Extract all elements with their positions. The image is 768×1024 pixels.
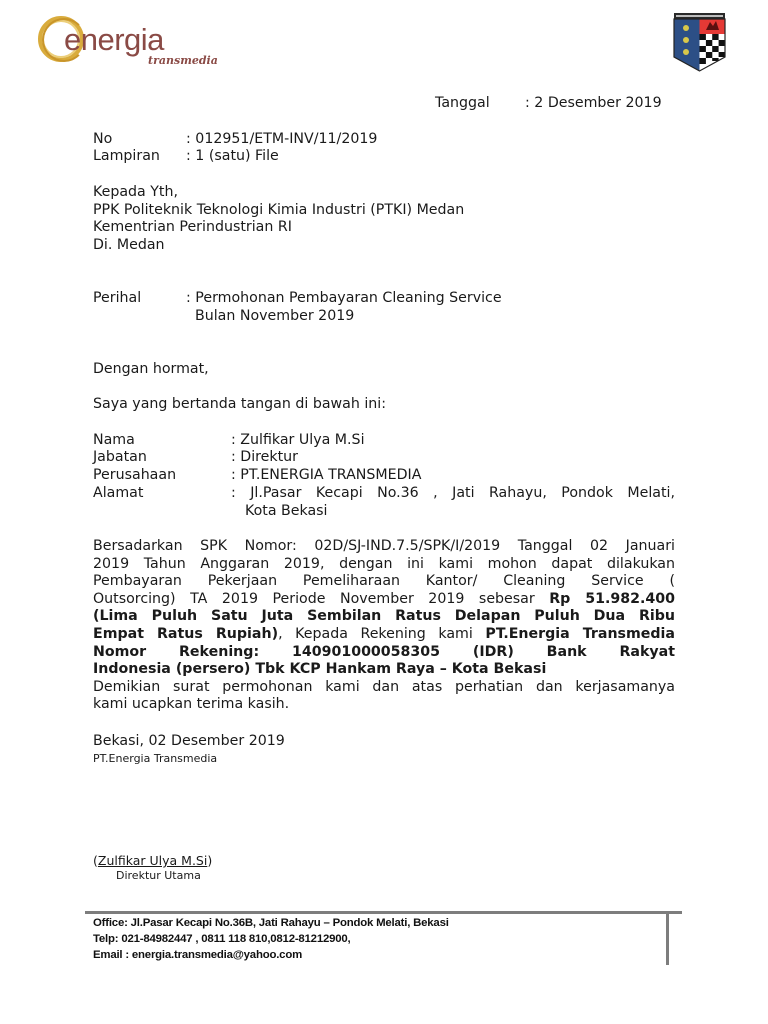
account-number: Nomor Rekening: 140901000058305 (IDR) Ba… xyxy=(93,644,675,662)
closing-line: Demikian surat permohonan kami dan atas … xyxy=(93,679,675,697)
shield-crest-icon xyxy=(673,12,726,72)
payment-amount: Rp 51.982.400 xyxy=(549,591,675,607)
detail-value-address-cont: Kota Bekasi xyxy=(245,503,328,521)
date-label: Tanggal xyxy=(435,95,490,113)
body-line: Bersadarkan SPK Nomor: 02D/SJ-IND.7.5/SP… xyxy=(93,538,675,556)
detail-value-position: : Direktur xyxy=(231,449,298,467)
body-line-account: Empat Ratus Rupiah), Kepada Rekening kam… xyxy=(93,626,675,644)
greeting: Dengan hormat, xyxy=(93,361,209,379)
crest-icon xyxy=(673,12,726,72)
body-line: 2019 Tahun Anggaran 2019, dengan ini kam… xyxy=(93,556,675,574)
detail-value-address: : Jl.Pasar Kecapi No.36 , Jati Rahayu, P… xyxy=(231,485,675,503)
paren-close: ) xyxy=(207,853,212,868)
footer-email: Email : energia.transmedia@yahoo.com xyxy=(93,949,302,961)
recipient-line: Di. Medan xyxy=(93,237,464,255)
account-holder: PT.Energia Transmedia xyxy=(485,626,675,642)
recipient-block: Kepada Yth, PPK Politeknik Teknologi Kim… xyxy=(93,184,464,254)
body-paragraph: Bersadarkan SPK Nomor: 02D/SJ-IND.7.5/SP… xyxy=(93,538,675,714)
closing-line: kami ucapkan terima kasih. xyxy=(93,696,675,714)
bank-name: Indonesia (persero) Tbk KCP Hankam Raya … xyxy=(93,661,675,679)
letter-number-label: No xyxy=(93,131,112,149)
recipient-line: PPK Politeknik Teknologi Kimia Industri … xyxy=(93,202,464,220)
amount-in-words-cont: Empat Ratus Rupiah) xyxy=(93,626,278,642)
footer-vertical-divider xyxy=(666,912,669,965)
body-text: Outsorcing) TA 2019 Periode November 201… xyxy=(93,591,549,607)
detail-label-address: Alamat xyxy=(93,485,143,503)
recipient-line: Kementrian Perindustrian RI xyxy=(93,219,464,237)
date-value: : 2 Desember 2019 xyxy=(525,95,662,113)
detail-label-position: Jabatan xyxy=(93,449,147,467)
subject-label: Perihal xyxy=(93,290,141,308)
letter-number-value: : 012951/ETM-INV/11/2019 xyxy=(186,131,377,149)
detail-label-name: Nama xyxy=(93,432,135,450)
amount-in-words: (Lima Puluh Satu Juta Sembilan Ratus Del… xyxy=(93,608,675,626)
detail-value-company: : PT.ENERGIA TRANSMEDIA xyxy=(231,467,421,485)
footer-phone: Telp: 021-84982447 , 0811 118 810,0812-8… xyxy=(93,933,350,945)
signatory-name-block: (Zulfikar Ulya M.Si) xyxy=(93,853,212,868)
subject-value-cont: Bulan November 2019 xyxy=(195,308,354,326)
intro-text: Saya yang bertanda tangan di bawah ini: xyxy=(93,396,386,414)
signatory-title: Direktur Utama xyxy=(116,869,201,882)
attachment-value: : 1 (satu) File xyxy=(186,148,279,166)
attachment-label: Lampiran xyxy=(93,148,160,166)
detail-label-company: Perusahaan xyxy=(93,467,176,485)
footer-office-address: Office: Jl.Pasar Kecapi No.36B, Jati Rah… xyxy=(93,917,449,929)
company-logo: energia transmedia xyxy=(36,14,236,70)
body-text: , Kepada Rekening kami xyxy=(278,626,485,642)
logo-subword: transmedia xyxy=(148,54,218,67)
recipient-line: Kepada Yth, xyxy=(93,184,464,202)
signatory-name: Zulfikar Ulya M.Si xyxy=(98,853,207,868)
body-line: Pembayaran Pekerjaan Pemeliharaan Kantor… xyxy=(93,573,675,591)
body-line-amount: Outsorcing) TA 2019 Periode November 201… xyxy=(93,591,675,609)
footer-divider xyxy=(85,911,682,914)
place-date: Bekasi, 02 Desember 2019 xyxy=(93,733,285,751)
signature-company: PT.Energia Transmedia xyxy=(93,752,217,765)
logo-wordmark: energia xyxy=(64,22,164,58)
detail-value-name: : Zulfikar Ulya M.Si xyxy=(231,432,365,450)
subject-value: : Permohonan Pembayaran Cleaning Service xyxy=(186,290,502,308)
